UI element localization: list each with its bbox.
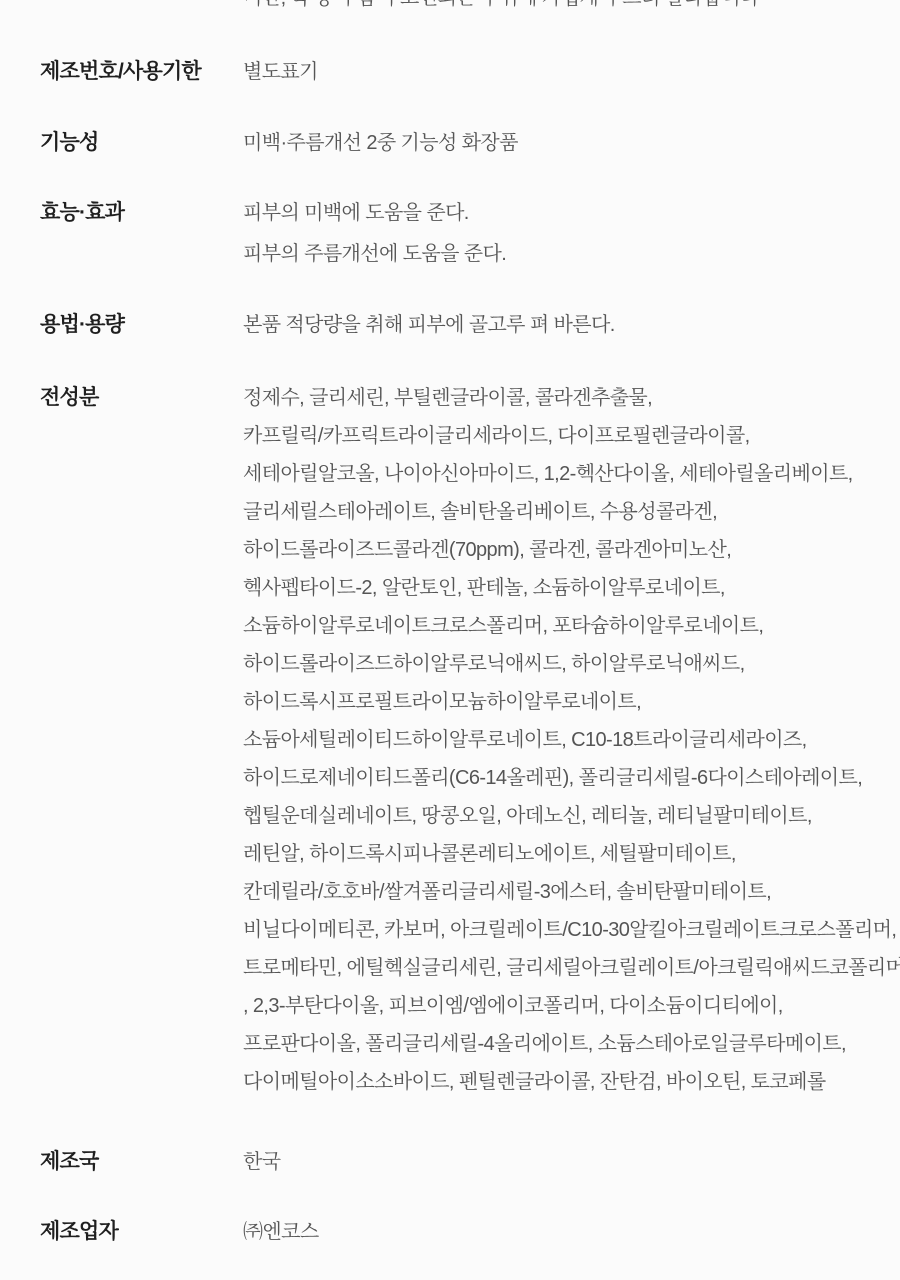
info-row-functionality: 기능성 미백·주름개선 2중 기능성 화장품 bbox=[40, 131, 518, 155]
field-value-ingredients: 정제수, 글리세린, 부틸렌글라이콜, 콜라겐추출물, 카프릴릭/카프릭트라이글… bbox=[243, 379, 900, 1101]
field-label-ingredients: 전성분 bbox=[40, 386, 243, 410]
info-row-manufacturer: 제조업자 ㈜엔코스 bbox=[40, 1220, 319, 1244]
info-row-manufacture-number: 제조번호/사용기한 별도표기 bbox=[40, 60, 318, 84]
info-row-effects: 효능·효과 피부의 미백에 도움을 준다. 피부의 주름개선에 도움을 준다. bbox=[40, 201, 506, 275]
field-label-functionality: 기능성 bbox=[40, 131, 243, 155]
field-value-functionality: 미백·주름개선 2중 기능성 화장품 bbox=[243, 131, 518, 155]
clipped-usage-line: 미간, 목 등 주름이 고민되는 부위에 가볍게 두드려 발라줍니다 bbox=[243, 0, 759, 10]
field-label-effects: 효능·효과 bbox=[40, 201, 243, 225]
field-label-country: 제조국 bbox=[40, 1150, 243, 1174]
field-label-manufacture-number: 제조번호/사용기한 bbox=[40, 60, 243, 84]
field-value-manufacture-number: 별도표기 bbox=[243, 60, 318, 84]
field-label-usage: 용법·용량 bbox=[40, 313, 243, 337]
field-value-country: 한국 bbox=[243, 1150, 280, 1174]
info-row-country: 제조국 한국 bbox=[40, 1150, 280, 1174]
field-value-usage: 본품 적당량을 취해 피부에 골고루 펴 바른다. bbox=[243, 313, 615, 337]
product-info-section: 미간, 목 등 주름이 고민되는 부위에 가볍게 두드려 발라줍니다 제조번호/… bbox=[0, 0, 900, 1280]
field-label-manufacturer: 제조업자 bbox=[40, 1220, 243, 1244]
info-row-ingredients: 전성분 정제수, 글리세린, 부틸렌글라이콜, 콜라겐추출물, 카프릴릭/카프릭… bbox=[40, 386, 900, 1101]
field-value-manufacturer: ㈜엔코스 bbox=[243, 1220, 319, 1244]
field-value-effects: 피부의 미백에 도움을 준다. 피부의 주름개선에 도움을 준다. bbox=[243, 193, 506, 275]
info-row-usage: 용법·용량 본품 적당량을 취해 피부에 골고루 펴 바른다. bbox=[40, 313, 615, 337]
